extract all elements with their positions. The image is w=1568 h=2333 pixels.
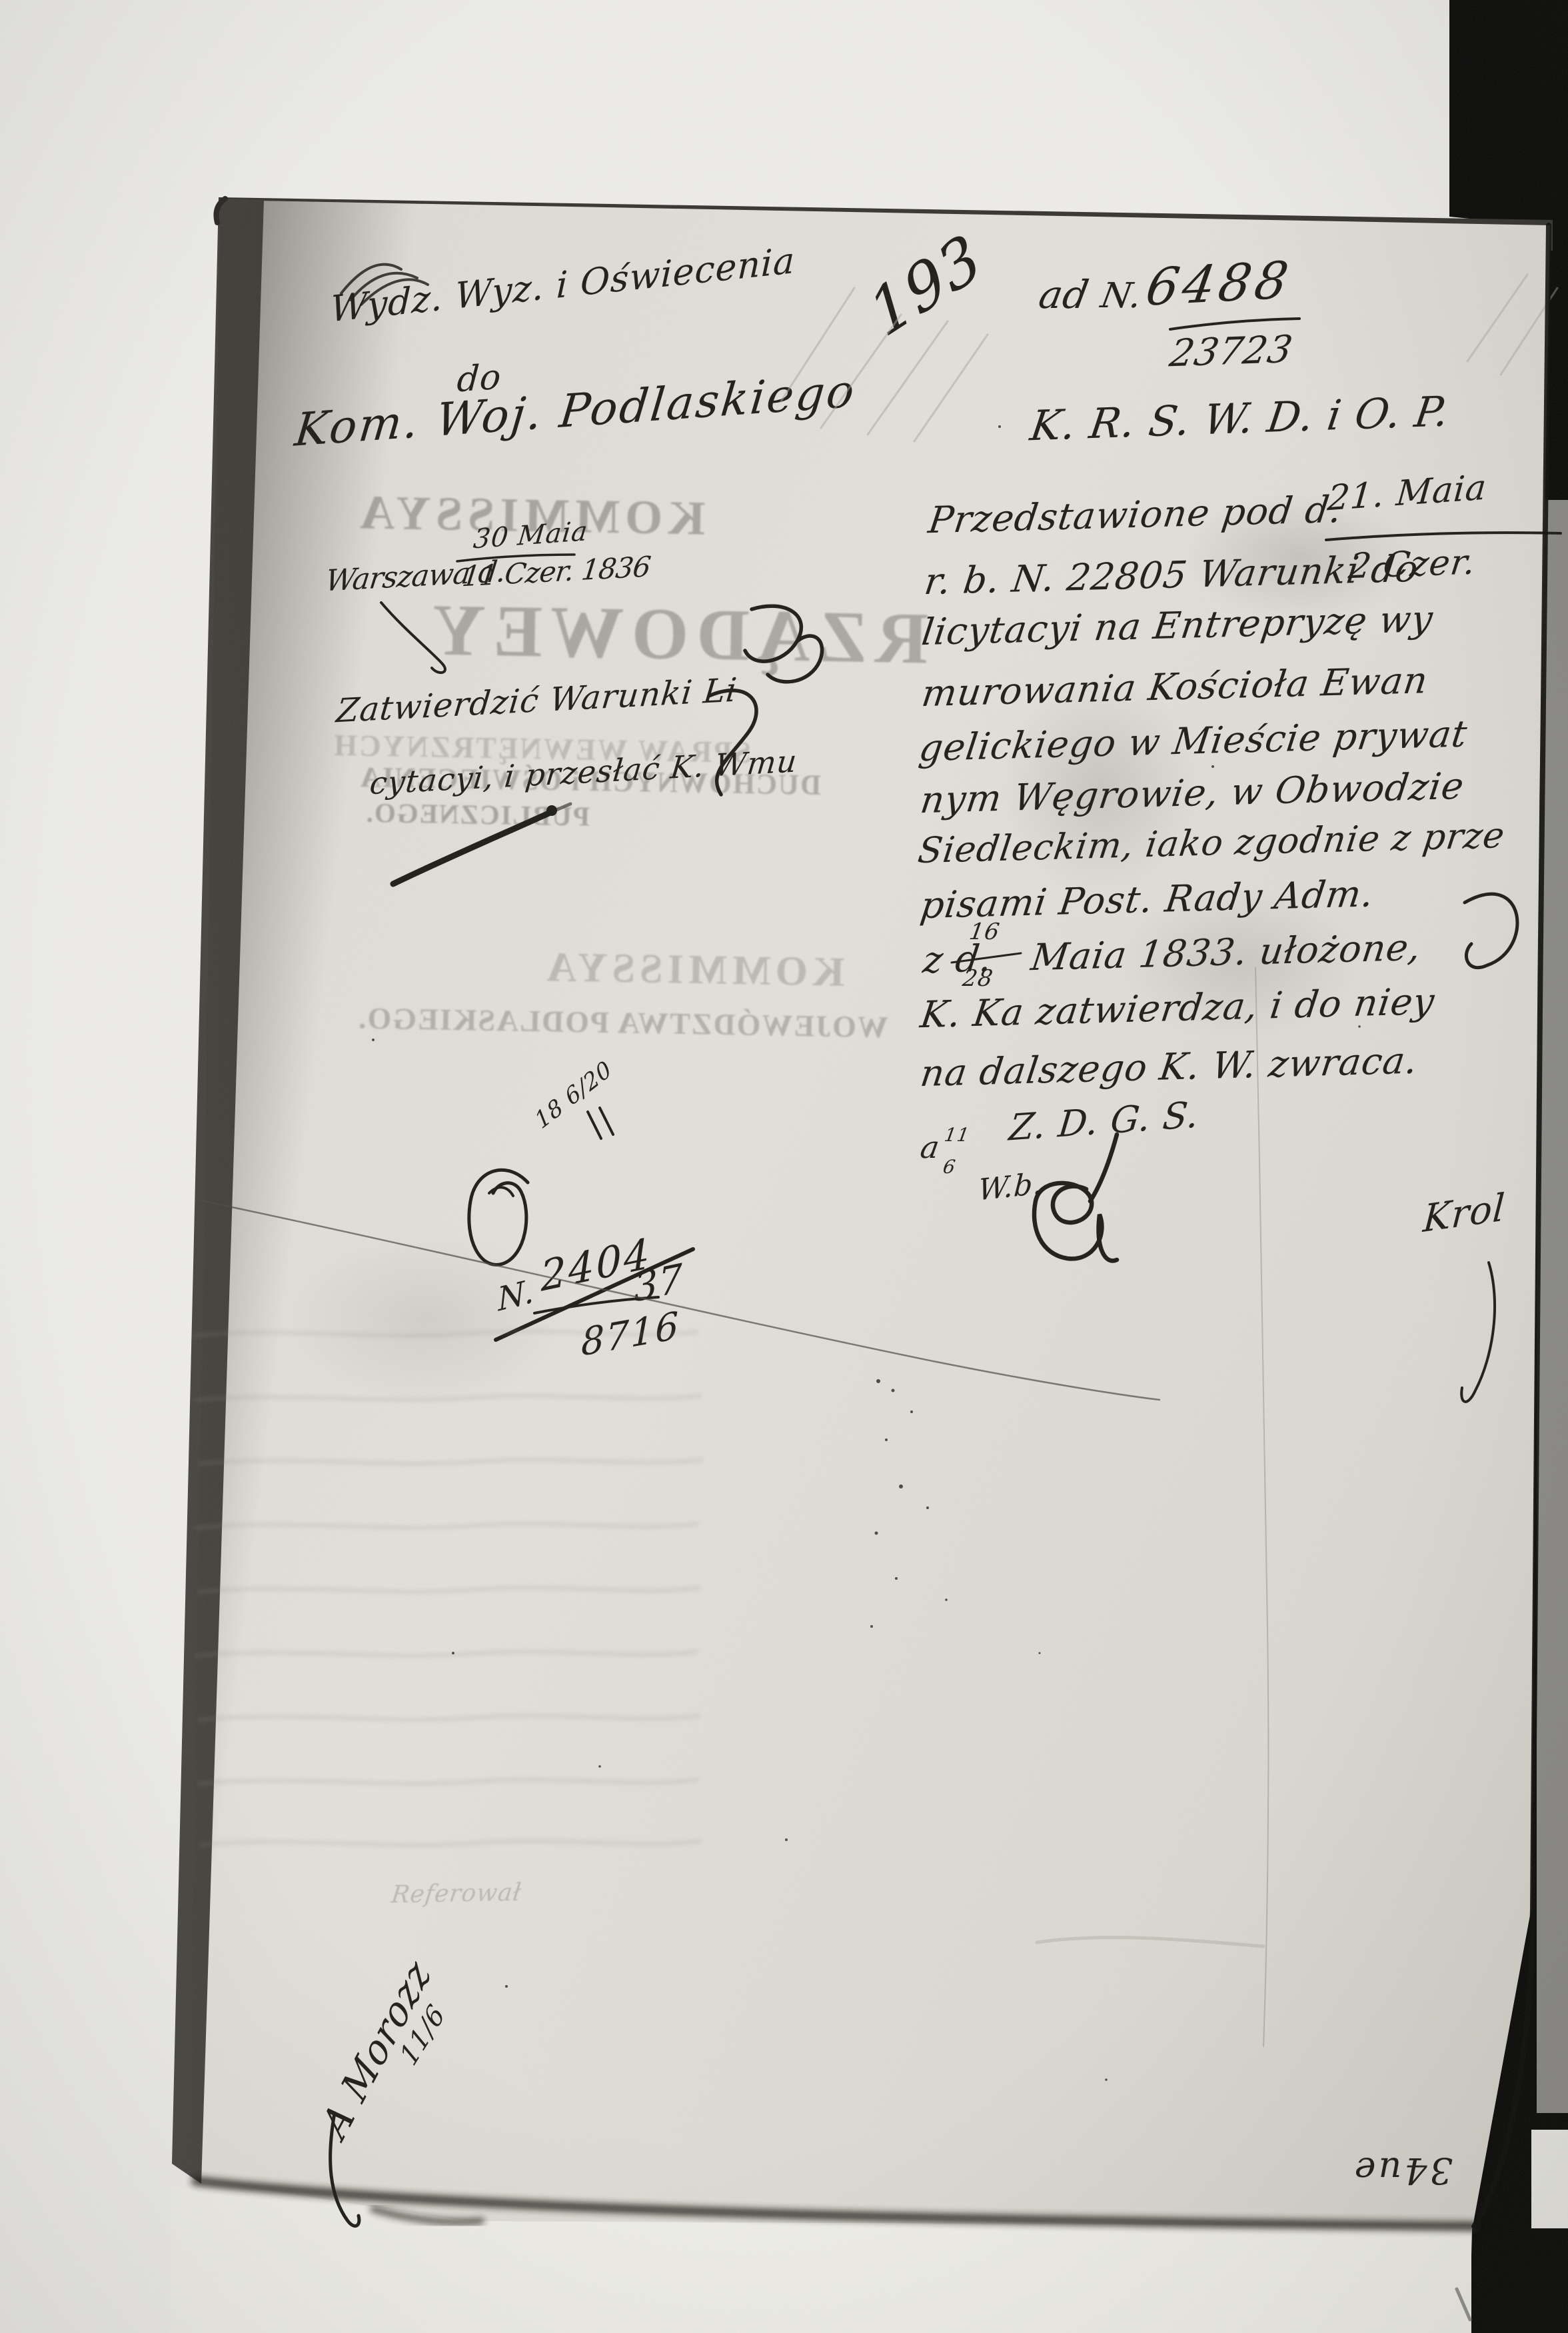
ref-number-lower: 23723 bbox=[1166, 328, 1296, 376]
page-stack-gray-strip bbox=[1537, 500, 1568, 2113]
verso-stamp2-kommissya: KOMMISSYA bbox=[538, 944, 848, 997]
verso-stamp-line-rzadowey: RZĄDOWEY bbox=[422, 587, 930, 681]
ref-n-label: N. bbox=[1098, 276, 1145, 316]
scanned-archival-document: KOMMISSYA RZĄDOWEY SPRAW WEWNĘTRZNYCH DU… bbox=[0, 0, 1568, 2333]
body-frac2-den: 28 bbox=[961, 965, 996, 992]
monogram-num: 11 bbox=[943, 1124, 972, 1146]
verso-stamp-line-publicznego: PUBLICZNEGO. bbox=[387, 797, 590, 832]
secondary-initials: W.b. bbox=[977, 1166, 1044, 1208]
referral-note: Referował bbox=[390, 1879, 523, 1908]
ref-ad: ad bbox=[1036, 272, 1093, 317]
body-frac2-num: 16 bbox=[968, 919, 1002, 945]
gutter-shadow bbox=[0, 0, 1568, 2333]
verso-folio-number: 34ue bbox=[1329, 2138, 1453, 2192]
ref-number: 6488 bbox=[1142, 250, 1296, 317]
backing-white-sliver bbox=[1531, 2130, 1568, 2228]
